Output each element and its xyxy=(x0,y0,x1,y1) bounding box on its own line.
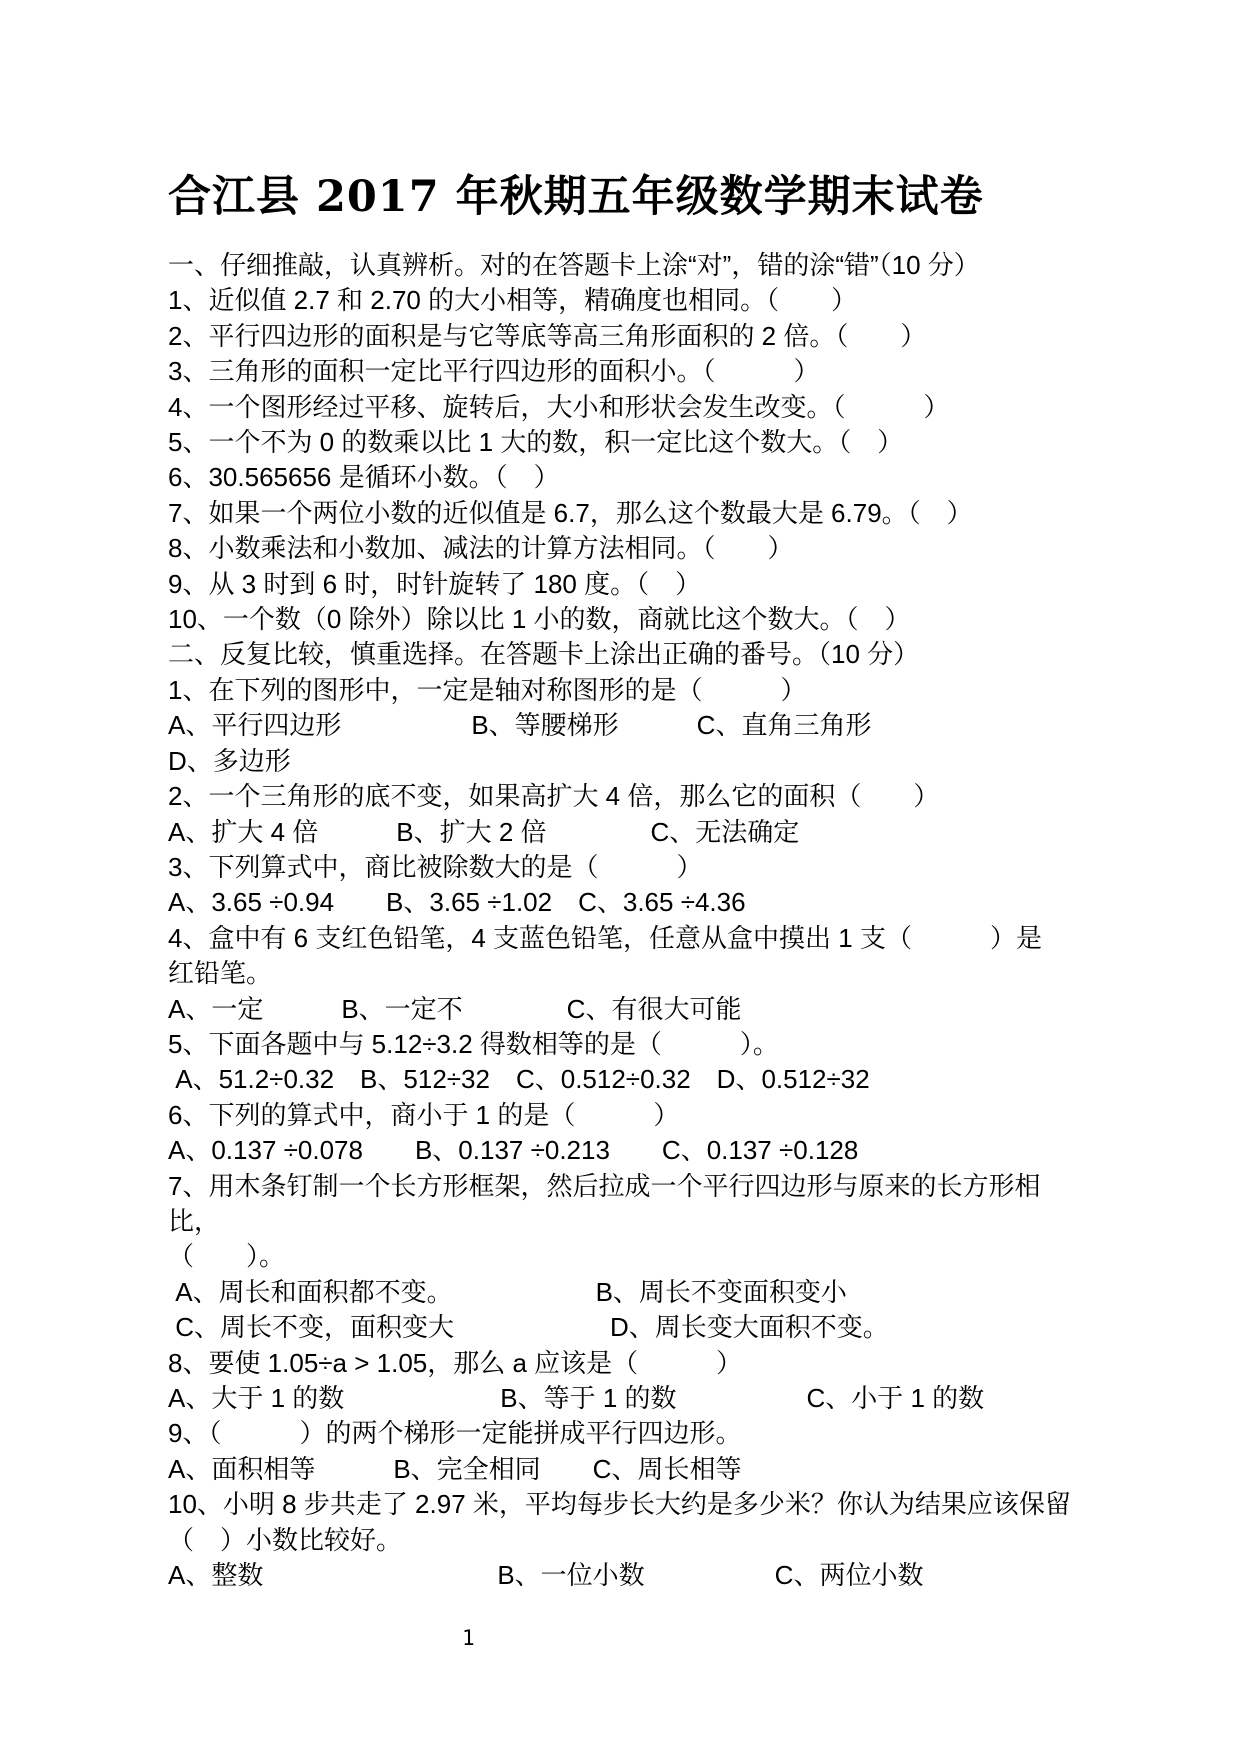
document-line: 6、30.565656 是循环小数。（ ） xyxy=(168,460,1088,495)
page-number: 1 xyxy=(462,1626,475,1650)
document-line: A、面积相等 B、完全相同 C、周长相等 xyxy=(168,1452,1088,1487)
document-line: A、3.65 ÷0.94 B、3.65 ÷1.02 C、3.65 ÷4.36 xyxy=(168,885,1088,920)
exam-page: 合江县 2017 年秋期五年级数学期末试卷 一、仔细推敲，认真辨析。对的在答题卡… xyxy=(0,0,1241,1754)
section-heading: 一、仔细推敲，认真辨析。对的在答题卡上涂“对”，错的涂“错”（10 分） xyxy=(168,248,1088,283)
document-line: A、一定 B、一定不 C、有很大可能 xyxy=(168,992,1088,1027)
document-line: A、平行四边形 B、等腰梯形 C、直角三角形 xyxy=(168,708,1088,743)
document-body: 一、仔细推敲，认真辨析。对的在答题卡上涂“对”，错的涂“错”（10 分）1、近似… xyxy=(168,248,1088,1593)
document-line: 5、下面各题中与 5.12÷3.2 得数相等的是（ ）。 xyxy=(168,1027,1088,1062)
document-line: （ ）。 xyxy=(168,1239,1088,1274)
document-line: 红铅笔。 xyxy=(168,956,1088,991)
document-line: 3、下列算式中，商比被除数大的是（ ） xyxy=(168,850,1088,885)
document-line: A、周长和面积都不变。 B、周长不变面积变小 xyxy=(168,1275,1088,1310)
document-line: 2、一个三角形的底不变，如果高扩大 4 倍，那么它的面积（ ） xyxy=(168,779,1088,814)
document-line: C、周长不变，面积变大 D、周长变大面积不变。 xyxy=(168,1310,1088,1345)
document-line: 1、近似值 2.7 和 2.70 的大小相等，精确度也相同。（ ） xyxy=(168,283,1088,318)
document-line: 7、用木条钉制一个长方形框架，然后拉成一个平行四边形与原来的长方形相比， xyxy=(168,1169,1088,1240)
document-line: 4、一个图形经过平移、旋转后，大小和形状会发生改变。（ ） xyxy=(168,390,1088,425)
document-line: D、多边形 xyxy=(168,744,1088,779)
document-line: 2、平行四边形的面积是与它等底等高三角形面积的 2 倍。（ ） xyxy=(168,319,1088,354)
document-line: （ ）小数比较好。 xyxy=(168,1523,1088,1558)
document-line: A、大于 1 的数 B、等于 1 的数 C、小于 1 的数 xyxy=(168,1381,1088,1416)
document-line: A、51.2÷0.32 B、512÷32 C、0.512÷0.32 D、0.51… xyxy=(168,1062,1088,1097)
document-line: 9、（ ）的两个梯形一定能拼成平行四边形。 xyxy=(168,1416,1088,1451)
section-heading: 二、反复比较，慎重选择。在答题卡上涂出正确的番号。（10 分） xyxy=(168,637,1088,672)
document-line: 9、从 3 时到 6 时，时针旋转了 180 度。（ ） xyxy=(168,567,1088,602)
document-line: 5、一个不为 0 的数乘以比 1 大的数，积一定比这个数大。（ ） xyxy=(168,425,1088,460)
document-line: A、0.137 ÷0.078 B、0.137 ÷0.213 C、0.137 ÷0… xyxy=(168,1133,1088,1168)
document-line: 6、下列的算式中，商小于 1 的是（ ） xyxy=(168,1098,1088,1133)
document-line: 7、如果一个两位小数的近似值是 6.7，那么这个数最大是 6.79。（ ） xyxy=(168,496,1088,531)
document-line: A、扩大 4 倍 B、扩大 2 倍 C、无法确定 xyxy=(168,815,1088,850)
document-line: 10、一个数（0 除外）除以比 1 小的数，商就比这个数大。（ ） xyxy=(168,602,1088,637)
document-line: 3、三角形的面积一定比平行四边形的面积小。（ ） xyxy=(168,354,1088,389)
page-title: 合江县 2017 年秋期五年级数学期末试卷 xyxy=(168,163,984,224)
document-line: 4、盒中有 6 支红色铅笔，4 支蓝色铅笔，任意从盒中摸出 1 支（ ）是 xyxy=(168,921,1088,956)
document-line: A、整数 B、一位小数 C、两位小数 xyxy=(168,1558,1088,1593)
document-line: 8、要使 1.05÷a > 1.05，那么 a 应该是（ ） xyxy=(168,1346,1088,1381)
document-line: 1、在下列的图形中，一定是轴对称图形的是（ ） xyxy=(168,673,1088,708)
document-line: 10、小明 8 步共走了 2.97 米，平均每步长大约是多少米？你认为结果应该保… xyxy=(168,1487,1088,1522)
document-line: 8、小数乘法和小数加、减法的计算方法相同。（ ） xyxy=(168,531,1088,566)
